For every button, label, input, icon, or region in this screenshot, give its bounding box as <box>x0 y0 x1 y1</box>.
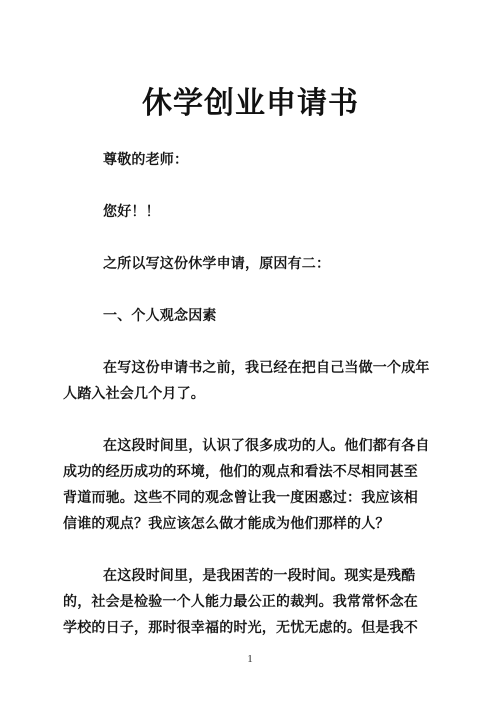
paragraph-body-1: 在写这份申请书之前，我已经在把自己当做一个成年 人踏入社会几个月了。 <box>63 356 438 408</box>
paragraph-greeting: 您好！！ <box>63 200 438 226</box>
paragraph-line: 您好！！ <box>63 200 438 226</box>
paragraph-line: 在这段时间里，认识了很多成功的人。他们都有各自 <box>63 434 438 460</box>
paragraph-line: 背道而驰。这些不同的观念曾让我一度困惑过：我应该相 <box>63 486 438 512</box>
paragraph-line: 在这段时间里，是我困苦的一段时间。现实是残酷 <box>63 564 438 590</box>
paragraph-body-2: 在这段时间里，认识了很多成功的人。他们都有各自 成功的经历成功的环境，他们的观点… <box>63 434 438 538</box>
paragraph-section-heading: 一、个人观念因素 <box>63 304 438 330</box>
paragraph-body-3: 在这段时间里，是我困苦的一段时间。现实是残酷 的，社会是检验一个人能力最公正的裁… <box>63 564 438 642</box>
document-page: 休学创业申请书 尊敬的老师： 您好！！ 之所以写这份休学申请，原因有二： 一、个… <box>0 0 500 707</box>
paragraph-line: 人踏入社会几个月了。 <box>63 382 438 408</box>
paragraph-line: 信谁的观点？我应该怎么做才能成为他们那样的人？ <box>63 512 438 538</box>
paragraph-line: 在写这份申请书之前，我已经在把自己当做一个成年 <box>63 356 438 382</box>
paragraph-intro: 之所以写这份休学申请，原因有二： <box>63 252 438 278</box>
paragraph-line: 成功的经历成功的环境，他们的观点和看法不尽相同甚至 <box>63 460 438 486</box>
paragraph-salutation: 尊敬的老师： <box>63 148 438 174</box>
document-title: 休学创业申请书 <box>63 86 438 122</box>
paragraph-line: 学校的日子，那时很幸福的时光，无忧无虑的。但是我不 <box>63 616 438 642</box>
paragraph-line: 一、个人观念因素 <box>63 304 438 330</box>
page-number: 1 <box>0 652 500 666</box>
paragraph-line: 之所以写这份休学申请，原因有二： <box>63 252 438 278</box>
paragraph-line: 尊敬的老师： <box>63 148 438 174</box>
document-content: 休学创业申请书 尊敬的老师： 您好！！ 之所以写这份休学申请，原因有二： 一、个… <box>0 0 500 642</box>
paragraph-line: 的，社会是检验一个人能力最公正的裁判。我常常怀念在 <box>63 590 438 616</box>
